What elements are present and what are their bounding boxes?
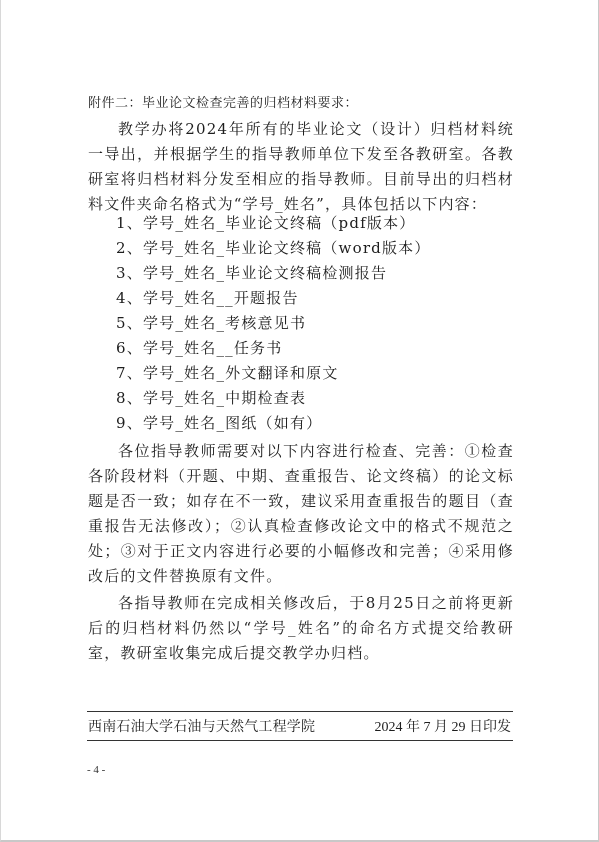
issuer-name: 西南石油大学石油与天然气工程学院: [88, 716, 315, 736]
document-page: 附件二：毕业论文检查完善的归档材料要求： 教学办将2024年所有的毕业论文（设计…: [0, 0, 599, 842]
page-number: - 4 -: [87, 764, 105, 776]
footer-top-rule: [87, 711, 513, 712]
list-item: 7、学号_姓名_外文翻译和原文: [116, 361, 431, 386]
issue-date: 2024 年 7 月 29 日印发: [375, 716, 512, 736]
list-item: 1、学号_姓名_毕业论文终稿（pdf版本）: [116, 211, 431, 236]
materials-list: 1、学号_姓名_毕业论文终稿（pdf版本） 2、学号_姓名_毕业论文终稿（wor…: [116, 211, 431, 436]
paragraph-check-requirements: 各位指导教师需要对以下内容进行检查、完善：①检查各阶段材料（开题、中期、查重报告…: [88, 439, 514, 589]
list-item: 2、学号_姓名_毕业论文终稿（word版本）: [116, 236, 431, 261]
list-item: 6、学号_姓名__任务书: [116, 336, 431, 361]
list-item: 3、学号_姓名_毕业论文终稿检测报告: [116, 261, 431, 286]
paragraph-intro: 教学办将2024年所有的毕业论文（设计）归档材料统一导出，并根据学生的指导教师单…: [88, 117, 514, 217]
attachment-heading: 附件二：毕业论文检查完善的归档材料要求：: [88, 92, 358, 111]
list-item: 5、学号_姓名_考核意见书: [116, 311, 431, 336]
footer-bottom-rule: [87, 740, 513, 741]
list-item: 4、学号_姓名__开题报告: [116, 286, 431, 311]
list-item: 9、学号_姓名_图纸（如有）: [116, 411, 431, 436]
paragraph-submission: 各指导教师在完成相关修改后，于8月25日之前将更新后的归档材料仍然以“学号_姓名…: [88, 591, 514, 666]
list-item: 8、学号_姓名_中期检查表: [116, 386, 431, 411]
